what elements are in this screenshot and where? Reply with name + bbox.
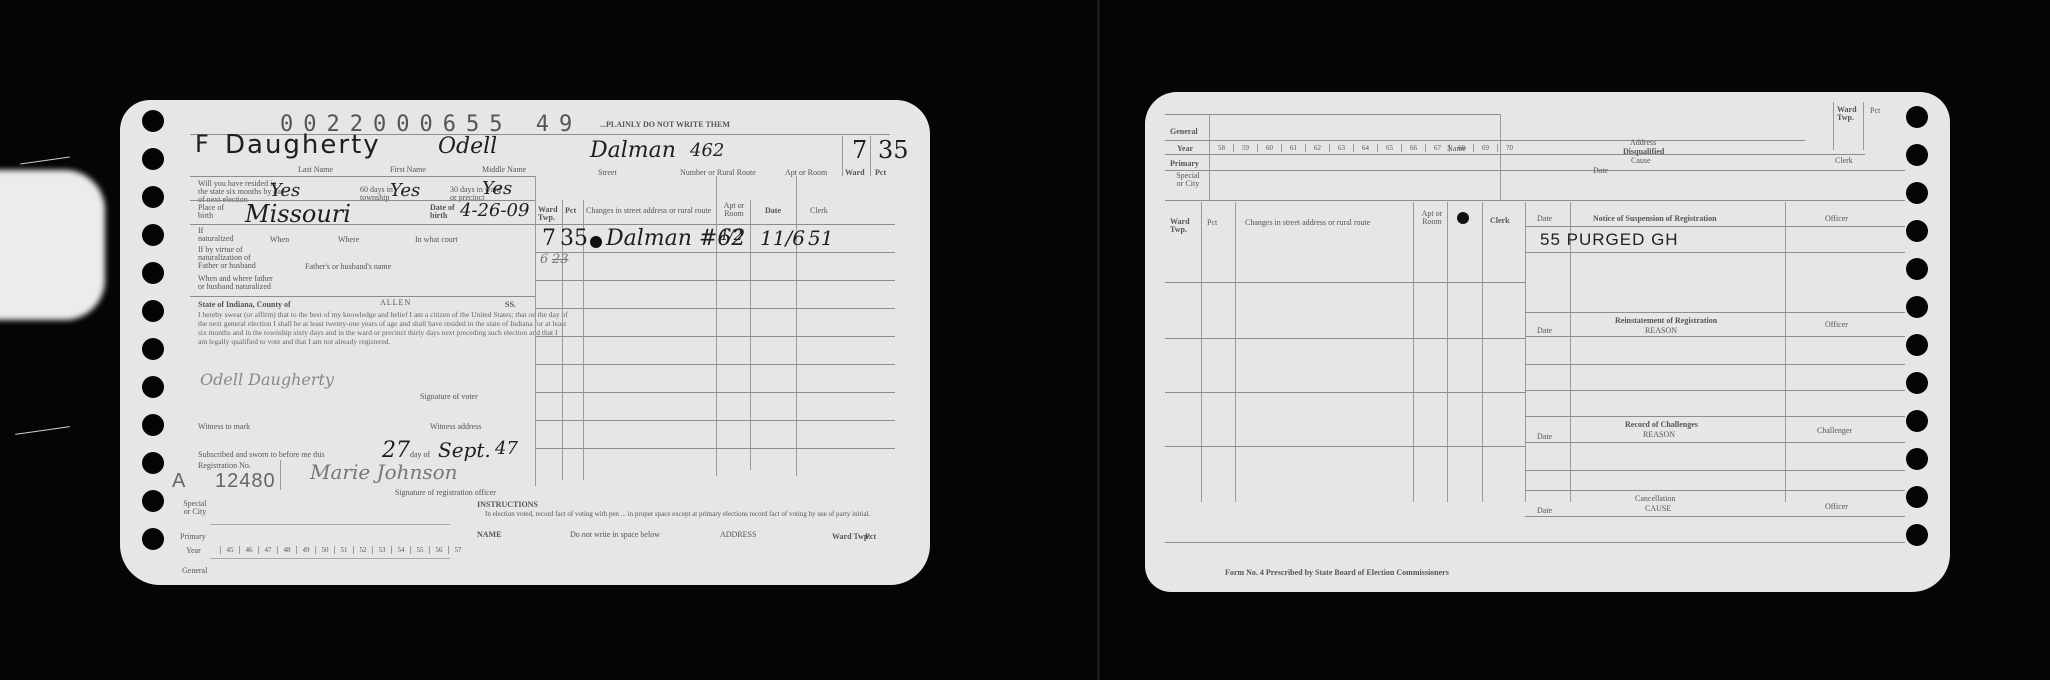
rule: [716, 176, 717, 476]
instr-pct-label: Pct: [865, 532, 876, 541]
row-pct: 23: [552, 252, 569, 267]
year-cell: 50: [315, 546, 334, 554]
year-cell: 64: [1353, 144, 1377, 152]
punch-hole: [1906, 448, 1928, 470]
form-footer: Form No. 4 Prescribed by State Board of …: [1225, 568, 1449, 577]
year-cell: 56: [429, 546, 448, 554]
year-cell: 63: [1329, 144, 1353, 152]
ward-label: Ward Twp.: [1837, 106, 1865, 122]
col-changes: Changes in street address or rural route: [1245, 218, 1370, 227]
rule: [842, 136, 843, 176]
ward: 7: [852, 136, 867, 164]
col-pct: Pct: [1207, 218, 1217, 227]
year-cell: 47: [258, 546, 277, 554]
col-apt: Apt or Room: [1417, 210, 1447, 226]
day-of-label: day of: [410, 450, 430, 459]
punch-hole: [142, 110, 164, 132]
year-cell: 45: [220, 546, 239, 554]
rule: [1863, 102, 1864, 150]
apt-label: Apt or Room: [785, 168, 827, 177]
rule: [535, 280, 895, 281]
subscribed-month: Sept.: [438, 438, 491, 462]
rule: [1209, 114, 1210, 200]
rule: [1525, 226, 1905, 227]
year-cell: 54: [391, 546, 410, 554]
rule: [535, 448, 895, 449]
year-cell: 52: [353, 546, 372, 554]
rule: [1525, 312, 1905, 313]
row-apt: 1/2: [720, 228, 743, 244]
clerk-label: Clerk: [1835, 156, 1853, 165]
year-cell: 57: [448, 546, 467, 554]
punch-hole: [1906, 372, 1928, 394]
rule: [1525, 202, 1526, 502]
punch-hole: [142, 300, 164, 322]
rule: [1525, 442, 1905, 443]
row-ward: 6: [540, 252, 548, 267]
grid-label-general: General: [1170, 127, 1198, 136]
rule: [1165, 200, 1905, 201]
county-value: ALLEN: [380, 298, 411, 307]
rule: [1833, 102, 1834, 150]
rule: [1235, 202, 1236, 502]
ward-label: Ward: [845, 168, 865, 177]
punch-hole: [1906, 410, 1928, 432]
instr-name-label: NAME: [477, 530, 501, 539]
punch-hole: [1906, 220, 1928, 242]
officer-signature: Marie Johnson: [310, 460, 458, 484]
year-cell: 53: [372, 546, 391, 554]
witness-address-label: Witness address: [430, 422, 481, 431]
punch-hole: [142, 224, 164, 246]
punch-hole: [142, 262, 164, 284]
suspension-date-label: Date: [1537, 214, 1552, 223]
punch-hole: [1906, 486, 1928, 508]
pct: 35: [878, 136, 909, 164]
punch-hole: [1906, 258, 1928, 280]
col-apt: Apt or Room: [720, 202, 748, 218]
instructions-text: In election voted, record fact of voting…: [485, 510, 885, 518]
rule: [1525, 470, 1905, 471]
row-clerk: 51: [808, 226, 833, 250]
rule: [1165, 542, 1905, 543]
naturalized-court-label: In what court: [415, 235, 458, 244]
name-label: Name: [1447, 144, 1466, 153]
row-ward: 7: [542, 226, 556, 251]
rule: [1165, 338, 1525, 339]
registration-letter: A: [172, 470, 186, 493]
col-pct: Pct: [565, 206, 576, 215]
instr-address-label: ADDRESS: [720, 530, 756, 539]
year-cell: 60: [1257, 144, 1281, 152]
rule: [190, 224, 535, 225]
rule: [1525, 252, 1905, 253]
rule: [1165, 140, 1805, 141]
rule: [1785, 202, 1786, 502]
street-number: 462: [690, 140, 724, 161]
col-date: Date: [765, 206, 781, 215]
grid-label-primary: Primary: [1170, 159, 1199, 168]
street: Dalman: [590, 138, 676, 163]
grid-label-special: Special or City: [180, 500, 210, 516]
punch-hole: [142, 414, 164, 436]
punch-hole: [142, 376, 164, 398]
punch-hole: [142, 186, 164, 208]
address-label: Address: [1630, 138, 1656, 147]
punch-hole: [142, 528, 164, 550]
ss-label: SS.: [505, 300, 516, 309]
date-label: Date: [1593, 166, 1608, 175]
punch-hole: [1906, 106, 1928, 128]
instructions-title: INSTRUCTIONS: [477, 500, 538, 509]
grid-label-year: Year: [186, 546, 201, 555]
rule: [535, 364, 895, 365]
punch-hole: [1906, 144, 1928, 166]
year-grid: 45 46 47 48 49 50 51 52 53 54 55 56 57: [220, 546, 467, 554]
punch-hole: [142, 148, 164, 170]
rule: [535, 252, 895, 253]
naturalized-label: If naturalized: [198, 227, 238, 243]
state-county-label: State of Indiana, County of: [198, 300, 291, 309]
punch-hole: [1906, 296, 1928, 318]
witness-label: Witness to mark: [198, 422, 250, 431]
rule: [1165, 170, 1905, 171]
cancellation-cause-label: CAUSE: [1645, 504, 1671, 513]
pct-label: Pct: [1870, 106, 1880, 115]
rule: [210, 524, 450, 525]
disqualified-label: Disqualified: [1623, 147, 1664, 156]
oath-text: I hereby swear (or affirm) that to the b…: [198, 310, 568, 346]
middle-name-label: Middle Name: [482, 165, 526, 174]
by-virtue-label: If by virtue of naturalization of Father…: [198, 246, 258, 270]
rule: [750, 200, 751, 470]
ink-blot: [590, 236, 602, 248]
rule: [190, 176, 535, 177]
cancellation-officer-label: Officer: [1825, 502, 1848, 511]
header-note: ...PLAINLY DO NOT WRITE THEM: [600, 120, 730, 129]
year-cell: 67: [1425, 144, 1449, 152]
officer-signature-label: Signature of registration officer: [395, 488, 496, 497]
first-name-label: First Name: [390, 165, 426, 174]
signature-label: Signature of voter: [420, 392, 478, 401]
cancellation-title: Cancellation: [1635, 494, 1675, 503]
rule: [1482, 202, 1483, 502]
col-changes: Changes in street address or rural route: [586, 206, 711, 215]
naturalized-where-label: Where: [338, 235, 359, 244]
cancellation-date-label: Date: [1537, 506, 1552, 515]
rule: [1525, 490, 1905, 491]
rule: [870, 136, 871, 176]
year-grid: 58 59 60 61 62 63 64 65 66 67 68 69 70: [1209, 144, 1521, 152]
pct-label: Pct: [875, 168, 886, 177]
rule: [1525, 364, 1905, 365]
rule: [190, 296, 535, 297]
suspension-officer-label: Officer: [1825, 214, 1848, 223]
reinstatement-title: Reinstatement of Registration: [1615, 316, 1717, 325]
rule: [1525, 516, 1905, 517]
punch-hole: [1906, 524, 1928, 546]
year-cell: 59: [1233, 144, 1257, 152]
grid-label-special: Special or City: [1173, 172, 1203, 188]
reinstatement-reason-label: REASON: [1645, 326, 1677, 335]
rule: [535, 176, 536, 486]
film-frame-divider: [1097, 0, 1100, 680]
year-cell: 55: [410, 546, 429, 554]
last-name: Daugherty: [225, 130, 381, 160]
year-cell: 62: [1305, 144, 1329, 152]
rule: [535, 308, 895, 309]
challenges-reason-label: REASON: [1643, 430, 1675, 439]
suspension-title: Notice of Suspension of Registration: [1593, 214, 1717, 223]
rule: [1201, 202, 1202, 502]
year-cell: 51: [334, 546, 353, 554]
grid-label-primary: Primary: [180, 532, 206, 541]
number-label: Number or Rural Route: [680, 168, 756, 177]
punch-hole: [142, 338, 164, 360]
rule: [1525, 390, 1905, 391]
rule: [535, 420, 895, 421]
rule: [280, 460, 281, 490]
grid-label-year: Year: [1177, 144, 1193, 153]
rule: [535, 392, 895, 393]
year-cell: 69: [1473, 144, 1497, 152]
challenges-title: Record of Challenges: [1625, 420, 1698, 429]
punch-hole: [1906, 334, 1928, 356]
col-ward: Ward Twp.: [538, 206, 562, 222]
rule: [1500, 114, 1501, 200]
rule: [210, 558, 450, 559]
subscribed-label: Subscribed and sworn to before me this: [198, 450, 325, 459]
last-name-label: Last Name: [298, 165, 333, 174]
birthdate-value: 4-26-09: [460, 200, 529, 221]
year-cell: 48: [277, 546, 296, 554]
first-name: Odell: [438, 134, 497, 159]
rule: [1165, 446, 1525, 447]
col-ward: Ward Twp.: [1170, 218, 1200, 234]
father-naturalized-label: When and where father or husband natural…: [198, 275, 278, 291]
col-clerk: Clerk: [810, 206, 828, 215]
year-cell: 49: [296, 546, 315, 554]
year-cell: 65: [1377, 144, 1401, 152]
prefix-mark: F: [195, 130, 209, 158]
rule: [1447, 202, 1448, 502]
reinstatement-officer-label: Officer: [1825, 320, 1848, 329]
year-cell: 58: [1209, 144, 1233, 152]
rule: [1525, 416, 1905, 417]
year-cell: 66: [1401, 144, 1425, 152]
registration-no-label: Registration No.: [198, 461, 251, 470]
registration-number: 12480: [215, 470, 276, 493]
rule: [796, 176, 797, 476]
year-cell: 46: [239, 546, 258, 554]
suspension-entry: 55 PURGED GH: [1540, 230, 1679, 250]
scan-glare: [0, 170, 105, 320]
punch-hole: [142, 452, 164, 474]
rule: [535, 336, 895, 337]
voter-signature: Odell Daugherty: [200, 370, 334, 389]
punch-hole: [1906, 182, 1928, 204]
registration-card-front: 0022000655 49 ...PLAINLY DO NOT WRITE TH…: [120, 100, 930, 585]
row-pct: 35: [560, 226, 588, 251]
challenges-date-label: Date: [1537, 432, 1552, 441]
rule: [1165, 154, 1865, 155]
row-date: 11/6: [760, 226, 805, 250]
reinstatement-date-label: Date: [1537, 326, 1552, 335]
rule: [1165, 114, 1500, 115]
township-residency-value: Yes: [390, 180, 420, 201]
challenger-label: Challenger: [1817, 426, 1852, 435]
subscribed-year: 47: [495, 438, 518, 459]
street-label: Street: [598, 168, 617, 177]
punch-hole: [142, 490, 164, 512]
registration-card-back: General Year Primary Special or City 58 …: [1145, 92, 1950, 592]
father-name-label: Father's or husband's name: [305, 262, 391, 271]
precinct-residency-value: Yes: [482, 178, 512, 199]
film-scratch: [15, 426, 70, 435]
col-clerk: Clerk: [1490, 216, 1510, 225]
state-residency-value: Yes: [270, 180, 300, 201]
rule: [535, 224, 895, 225]
cause-label: Cause: [1631, 156, 1651, 165]
year-cell: 61: [1281, 144, 1305, 152]
naturalized-when-label: When: [270, 235, 289, 244]
birthplace-label: Place of birth: [198, 204, 238, 220]
rule: [1165, 282, 1525, 283]
instr-do-not-write: Do not write in space below: [570, 530, 660, 539]
grid-label-general: General: [182, 566, 207, 575]
film-scratch: [20, 157, 70, 165]
rule: [1165, 392, 1525, 393]
rule: [1525, 336, 1905, 337]
ink-blot: [1457, 212, 1469, 224]
rule: [1413, 202, 1414, 502]
